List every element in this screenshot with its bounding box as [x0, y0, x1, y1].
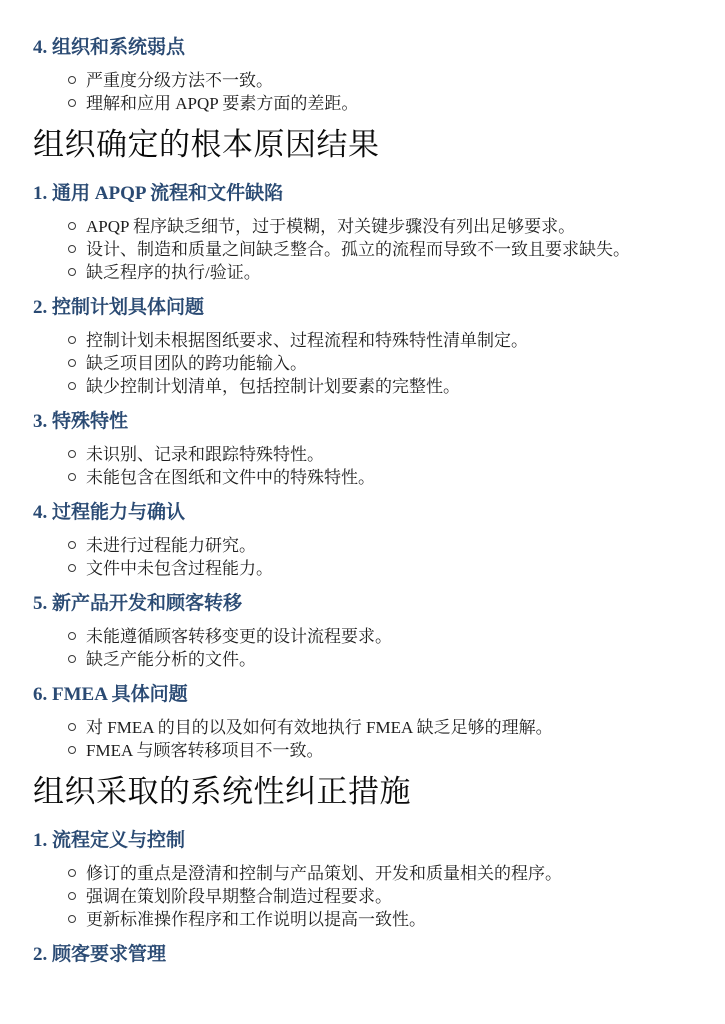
bullet-list: 未能遵循顾客转移变更的设计流程要求。 缺乏产能分析的文件。 [33, 625, 697, 671]
corrective-action-section: 1. 流程定义与控制 修订的重点是澄清和控制与产品策划、开发和质量相关的程序。 … [33, 829, 697, 931]
circle-bullet-icon [68, 99, 76, 107]
list-item: 严重度分级方法不一致。 [33, 69, 697, 92]
bullet-list: 修订的重点是澄清和控制与产品策划、开发和质量相关的程序。 强调在策划阶段早期整合… [33, 862, 697, 931]
subsection-title: 3. 特殊特性 [33, 410, 697, 433]
list-item-text: 对 FMEA 的目的以及如何有效地执行 FMEA 缺乏足够的理解。 [86, 718, 553, 737]
subsection-title: 2. 控制计划具体问题 [33, 296, 697, 319]
circle-bullet-icon [68, 541, 76, 549]
subsection-title: 2. 顾客要求管理 [33, 943, 697, 966]
circle-bullet-icon [68, 655, 76, 663]
list-item-text: APQP 程序缺乏细节，过于模糊，对关键步骤没有列出足够要求。 [86, 217, 575, 236]
root-cause-section: 4. 过程能力与确认 未进行过程能力研究。 文件中未包含过程能力。 [33, 501, 697, 580]
list-item: 更新标准操作程序和工作说明以提高一致性。 [33, 908, 697, 931]
subsection-title: 4. 组织和系统弱点 [33, 36, 697, 59]
list-item: APQP 程序缺乏细节，过于模糊，对关键步骤没有列出足够要求。 [33, 215, 697, 238]
list-item: 未能包含在图纸和文件中的特殊特性。 [33, 466, 697, 489]
list-item-text: 控制计划未根据图纸要求、过程流程和特殊特性清单制定。 [86, 331, 528, 350]
list-item: 强调在策划阶段早期整合制造过程要求。 [33, 885, 697, 908]
list-item: 缺乏项目团队的跨功能输入。 [33, 352, 697, 375]
list-item: 设计、制造和质量之间缺乏整合。孤立的流程而导致不一致且要求缺失。 [33, 238, 697, 261]
list-item-text: 更新标准操作程序和工作说明以提高一致性。 [86, 910, 426, 929]
list-item-text: 理解和应用 APQP 要素方面的差距。 [86, 94, 358, 113]
list-item-text: 缺乏产能分析的文件。 [86, 650, 256, 669]
list-item-text: FMEA 与顾客转移项目不一致。 [86, 741, 324, 760]
list-item: 缺乏产能分析的文件。 [33, 648, 697, 671]
circle-bullet-icon [68, 359, 76, 367]
subsection-title: 5. 新产品开发和顾客转移 [33, 592, 697, 615]
list-item-text: 未识别、记录和跟踪特殊特性。 [86, 445, 324, 464]
list-item: FMEA 与顾客转移项目不一致。 [33, 739, 697, 762]
circle-bullet-icon [68, 245, 76, 253]
root-cause-section: 1. 通用 APQP 流程和文件缺陷 APQP 程序缺乏细节，过于模糊，对关键步… [33, 182, 697, 284]
list-item: 文件中未包含过程能力。 [33, 557, 697, 580]
bullet-list: 对 FMEA 的目的以及如何有效地执行 FMEA 缺乏足够的理解。 FMEA 与… [33, 716, 697, 762]
circle-bullet-icon [68, 336, 76, 344]
circle-bullet-icon [68, 76, 76, 84]
bullet-list: APQP 程序缺乏细节，过于模糊，对关键步骤没有列出足够要求。 设计、制造和质量… [33, 215, 697, 284]
circle-bullet-icon [68, 915, 76, 923]
list-item-text: 严重度分级方法不一致。 [86, 71, 273, 90]
circle-bullet-icon [68, 746, 76, 754]
circle-bullet-icon [68, 892, 76, 900]
list-item-text: 缺乏程序的执行/验证。 [86, 263, 261, 282]
root-cause-section: 2. 控制计划具体问题 控制计划未根据图纸要求、过程流程和特殊特性清单制定。 缺… [33, 296, 697, 398]
intro-section: 4. 组织和系统弱点 严重度分级方法不一致。 理解和应用 APQP 要素方面的差… [33, 36, 697, 115]
list-item-text: 未能包含在图纸和文件中的特殊特性。 [86, 468, 375, 487]
subsection-title: 1. 通用 APQP 流程和文件缺陷 [33, 182, 697, 205]
bullet-list: 未进行过程能力研究。 文件中未包含过程能力。 [33, 534, 697, 580]
list-item-text: 未进行过程能力研究。 [86, 536, 256, 555]
circle-bullet-icon [68, 222, 76, 230]
circle-bullet-icon [68, 564, 76, 572]
circle-bullet-icon [68, 268, 76, 276]
list-item: 缺少控制计划清单，包括控制计划要素的完整性。 [33, 375, 697, 398]
circle-bullet-icon [68, 450, 76, 458]
list-item: 对 FMEA 的目的以及如何有效地执行 FMEA 缺乏足够的理解。 [33, 716, 697, 739]
root-cause-section: 3. 特殊特性 未识别、记录和跟踪特殊特性。 未能包含在图纸和文件中的特殊特性。 [33, 410, 697, 489]
section-heading-corrective-actions: 组织采取的系统性纠正措施 [33, 774, 697, 810]
subsection-title: 1. 流程定义与控制 [33, 829, 697, 852]
list-item-text: 修订的重点是澄清和控制与产品策划、开发和质量相关的程序。 [86, 864, 562, 883]
list-item: 控制计划未根据图纸要求、过程流程和特殊特性清单制定。 [33, 329, 697, 352]
list-item-text: 文件中未包含过程能力。 [86, 559, 273, 578]
list-item: 缺乏程序的执行/验证。 [33, 261, 697, 284]
circle-bullet-icon [68, 382, 76, 390]
root-cause-section: 6. FMEA 具体问题 对 FMEA 的目的以及如何有效地执行 FMEA 缺乏… [33, 683, 697, 762]
bullet-list: 未识别、记录和跟踪特殊特性。 未能包含在图纸和文件中的特殊特性。 [33, 443, 697, 489]
list-item-text: 设计、制造和质量之间缺乏整合。孤立的流程而导致不一致且要求缺失。 [86, 240, 630, 259]
document-page: 4. 组织和系统弱点 严重度分级方法不一致。 理解和应用 APQP 要素方面的差… [0, 0, 725, 1024]
circle-bullet-icon [68, 632, 76, 640]
bullet-list: 严重度分级方法不一致。 理解和应用 APQP 要素方面的差距。 [33, 69, 697, 115]
circle-bullet-icon [68, 723, 76, 731]
list-item: 理解和应用 APQP 要素方面的差距。 [33, 92, 697, 115]
list-item-text: 缺少控制计划清单，包括控制计划要素的完整性。 [86, 377, 460, 396]
circle-bullet-icon [68, 869, 76, 877]
circle-bullet-icon [68, 473, 76, 481]
section-heading-root-causes: 组织确定的根本原因结果 [33, 127, 697, 163]
list-item-text: 未能遵循顾客转移变更的设计流程要求。 [86, 627, 392, 646]
corrective-action-section: 2. 顾客要求管理 [33, 943, 697, 966]
list-item-text: 强调在策划阶段早期整合制造过程要求。 [86, 887, 392, 906]
list-item: 未能遵循顾客转移变更的设计流程要求。 [33, 625, 697, 648]
subsection-title: 6. FMEA 具体问题 [33, 683, 697, 706]
list-item: 修订的重点是澄清和控制与产品策划、开发和质量相关的程序。 [33, 862, 697, 885]
subsection-title: 4. 过程能力与确认 [33, 501, 697, 524]
bullet-list: 控制计划未根据图纸要求、过程流程和特殊特性清单制定。 缺乏项目团队的跨功能输入。… [33, 329, 697, 398]
list-item: 未进行过程能力研究。 [33, 534, 697, 557]
root-cause-section: 5. 新产品开发和顾客转移 未能遵循顾客转移变更的设计流程要求。 缺乏产能分析的… [33, 592, 697, 671]
list-item-text: 缺乏项目团队的跨功能输入。 [86, 354, 307, 373]
list-item: 未识别、记录和跟踪特殊特性。 [33, 443, 697, 466]
